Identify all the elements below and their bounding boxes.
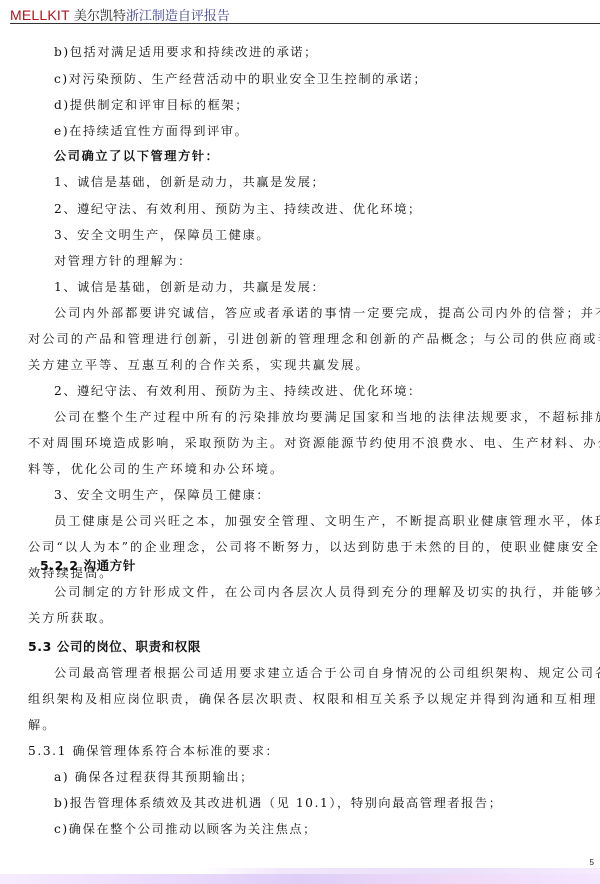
paragraph-line: 关方所获取。 xyxy=(28,610,113,626)
list-item-a: a) 确保各过程获得其预期输出； xyxy=(54,769,254,785)
paragraph-line: 公司制定的方针形成文件，在公司内各层次人员得到充分的理解及切实的执行，并能够为相 xyxy=(54,584,600,600)
policy-heading: 公司确立了以下管理方针： xyxy=(54,148,219,164)
page-number: 5 xyxy=(590,858,594,867)
brand-logo-text: MELLKIT xyxy=(10,7,70,23)
paragraph-line: 料等，优化公司的生产环境和办公环境。 xyxy=(28,461,284,477)
policy-item-3: 3、安全文明生产，保障员工健康。 xyxy=(54,227,270,243)
paragraph-line: 员工健康是公司兴旺之本，加强安全管理、文明生产，不断提高职业健康管理水平，体现了 xyxy=(54,513,600,529)
paragraph-line: 解。 xyxy=(28,717,56,733)
list-item-c: c)对污染预防、生产经营活动中的职业安全卫生控制的承诺； xyxy=(54,71,427,87)
list-item-d: d)提供制定和评审目标的框架； xyxy=(54,97,249,113)
section-heading-5-2-2: 5.2.2 沟通方针 xyxy=(40,558,136,574)
section-heading-5-3: 5.3 公司的岗位、职责和权限 xyxy=(28,639,201,655)
policy-item-1: 1、诚信是基础，创新是动力，共赢是发展； xyxy=(54,174,325,190)
list-item-b: b)报告管理体系绩效及其改进机遇（见 10.1），特别向最高管理者报告； xyxy=(54,795,503,811)
understanding-item-2: 2、遵纪守法、有效利用、预防为主、持续改进、优化环境： xyxy=(54,383,422,399)
paragraph-line: 组织架构及相应岗位职责，确保各层次职责、权限和相互关系予以规定并得到沟通和互相理 xyxy=(28,691,598,707)
report-title: 浙江制造自评报告 xyxy=(126,9,230,24)
paragraph-line: 公司在整个生产过程中所有的污染排放均要满足国家和当地的法律法规要求，不超标排放， xyxy=(54,409,600,425)
paragraph-line: 关方建立平等、互惠互利的合作关系，实现共赢发展。 xyxy=(28,357,370,373)
subsection-heading-5-3-1: 5.3.1 确保管理体系符合本标准的要求： xyxy=(28,743,279,759)
paragraph-line: 公司内外部都要讲究诚信，答应或者承诺的事情一定要完成，提高公司内外的信誉；并不断 xyxy=(54,305,600,321)
scan-artifact-band xyxy=(0,874,600,884)
understanding-item-3: 3、安全文明生产，保障员工健康： xyxy=(54,487,270,503)
paragraph-line: 不对周围环境造成影响，采取预防为主。对资源能源节约使用不浪费水、电、生产材料、办… xyxy=(28,435,600,451)
paragraph-line: 公司“以人为本”的企业理念，公司将不断努力，以达到防患于未然的目的，使职业健康安… xyxy=(28,539,600,555)
understanding-item-1: 1、诚信是基础，创新是动力，共赢是发展： xyxy=(54,279,325,295)
list-item-c: c)确保在整个公司推动以顾客为关注焦点； xyxy=(54,821,317,837)
list-item-b: b)包括对满足适用要求和持续改进的承诺； xyxy=(54,44,318,60)
policy-item-2: 2、遵纪守法、有效利用、预防为主、持续改进、优化环境； xyxy=(54,201,422,217)
document-header: MELLKIT 美尔凯特浙江制造自评报告 xyxy=(10,6,600,24)
company-name: 美尔凯特 xyxy=(70,9,126,24)
header-divider xyxy=(10,23,600,24)
policy-understanding-heading: 对管理方针的理解为： xyxy=(54,253,192,269)
paragraph-line: 公司最高管理者根据公司适用要求建立适合于公司自身情况的公司组织架构、规定公司各级 xyxy=(54,665,600,681)
paragraph-line: 对公司的产品和管理进行创新，引进创新的管理理念和创新的产品概念；与公司的供应商或… xyxy=(28,331,600,347)
list-item-e: e)在持续适宜性方面得到评审。 xyxy=(54,123,248,139)
